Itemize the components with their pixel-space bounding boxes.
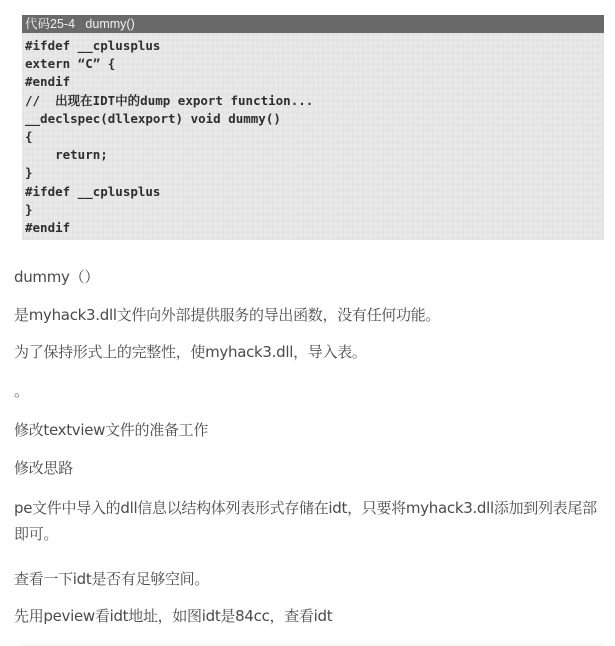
code-line: { [25, 128, 604, 146]
paragraph-function-name: dummy（） [14, 264, 604, 290]
paragraph-preparation-heading: 修改textview文件的准备工作 [14, 417, 604, 443]
paragraph-idt-explanation: pe文件中导入的dll信息以结构体列表形式存储在idt，只要将myhack3.d… [14, 495, 604, 547]
code-line: extern “C” { [25, 55, 604, 73]
next-image-edge [22, 642, 604, 646]
code-line: #endif [25, 73, 604, 91]
code-line: #ifdef __cplusplus [25, 183, 604, 201]
code-line: #ifdef __cplusplus [25, 37, 604, 55]
code-figure-image: 代码25-4 dummy() #ifdef __cplusplusextern … [22, 15, 604, 240]
paragraph-purpose: 为了保持形式上的完整性，使myhack3.dll，导入表。 [14, 339, 604, 365]
paragraph-description: 是myhack3.dll文件向外部提供服务的导出函数，没有任何功能。 [14, 302, 604, 328]
paragraph-check-space: 查看一下idt是否有足够空间。 [14, 566, 604, 592]
code-line: return; [25, 146, 604, 164]
code-line: #endif [25, 219, 604, 237]
code-line: } [25, 164, 604, 182]
code-line: // 出现在IDT中的dump export function... [25, 92, 604, 110]
code-line: __declspec(dllexport) void dummy() [25, 110, 604, 128]
paragraph-period: 。 [14, 378, 604, 404]
code-block: #ifdef __cplusplusextern “C” {#endif// 出… [22, 33, 604, 237]
paragraph-approach-heading: 修改思路 [14, 455, 604, 481]
code-figure-caption: 代码25-4 dummy() [22, 15, 604, 33]
paragraph-peview-step: 先用peview看idt地址，如图idt是84cc，查看idt [14, 603, 604, 629]
code-line: } [25, 201, 604, 219]
